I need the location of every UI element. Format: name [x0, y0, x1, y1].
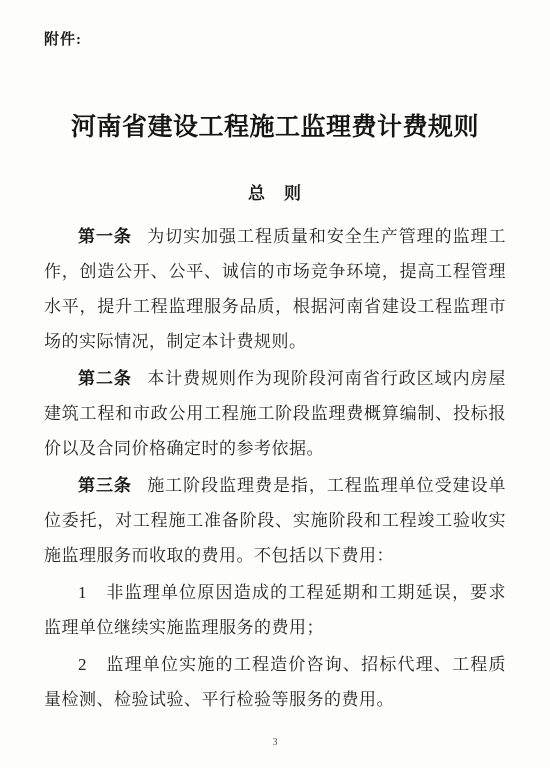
article-2-label: 第二条 [78, 369, 147, 388]
list-item-1-text: 非监理单位原因造成的工程延期和工期延误，要求监理单位继续实施监理服务的费用； [44, 583, 506, 637]
document-body: 第一条为切实加强工程质量和安全生产管理的监理工作，创造公开、公平、诚信的市场竞争… [44, 219, 506, 717]
article-1: 第一条为切实加强工程质量和安全生产管理的监理工作，创造公开、公平、诚信的市场竞争… [44, 219, 506, 359]
article-3: 第三条施工阶段监理费是指，工程监理单位受建设单位委托，对工程施工准备阶段、实施阶… [44, 468, 506, 573]
list-item-2-text: 监理单位实施的工程造价咨询、招标代理、工程质量检测、检验试验、平行检验等服务的费… [44, 655, 506, 709]
article-1-label: 第一条 [78, 227, 147, 246]
article-2: 第二条本计费规则作为现阶段河南省行政区域内房屋建筑工程和市政公用工程施工阶段监理… [44, 361, 506, 466]
section-heading: 总 则 [44, 179, 506, 204]
attachment-label: 附件: [44, 28, 506, 49]
list-item-2: 2监理单位实施的工程造价咨询、招标代理、工程质量检测、检验试验、平行检验等服务的… [44, 647, 506, 717]
list-item-1: 1非监理单位原因造成的工程延期和工期延误，要求监理单位继续实施监理服务的费用； [44, 575, 506, 645]
page-number: 3 [0, 737, 550, 748]
list-item-2-number: 2 [78, 655, 106, 674]
document-page: 附件: 河南省建设工程施工监理费计费规则 总 则 第一条为切实加强工程质量和安全… [0, 0, 550, 768]
document-title: 河南省建设工程施工监理费计费规则 [44, 107, 506, 143]
list-item-1-number: 1 [78, 583, 106, 602]
article-3-label: 第三条 [78, 476, 147, 495]
